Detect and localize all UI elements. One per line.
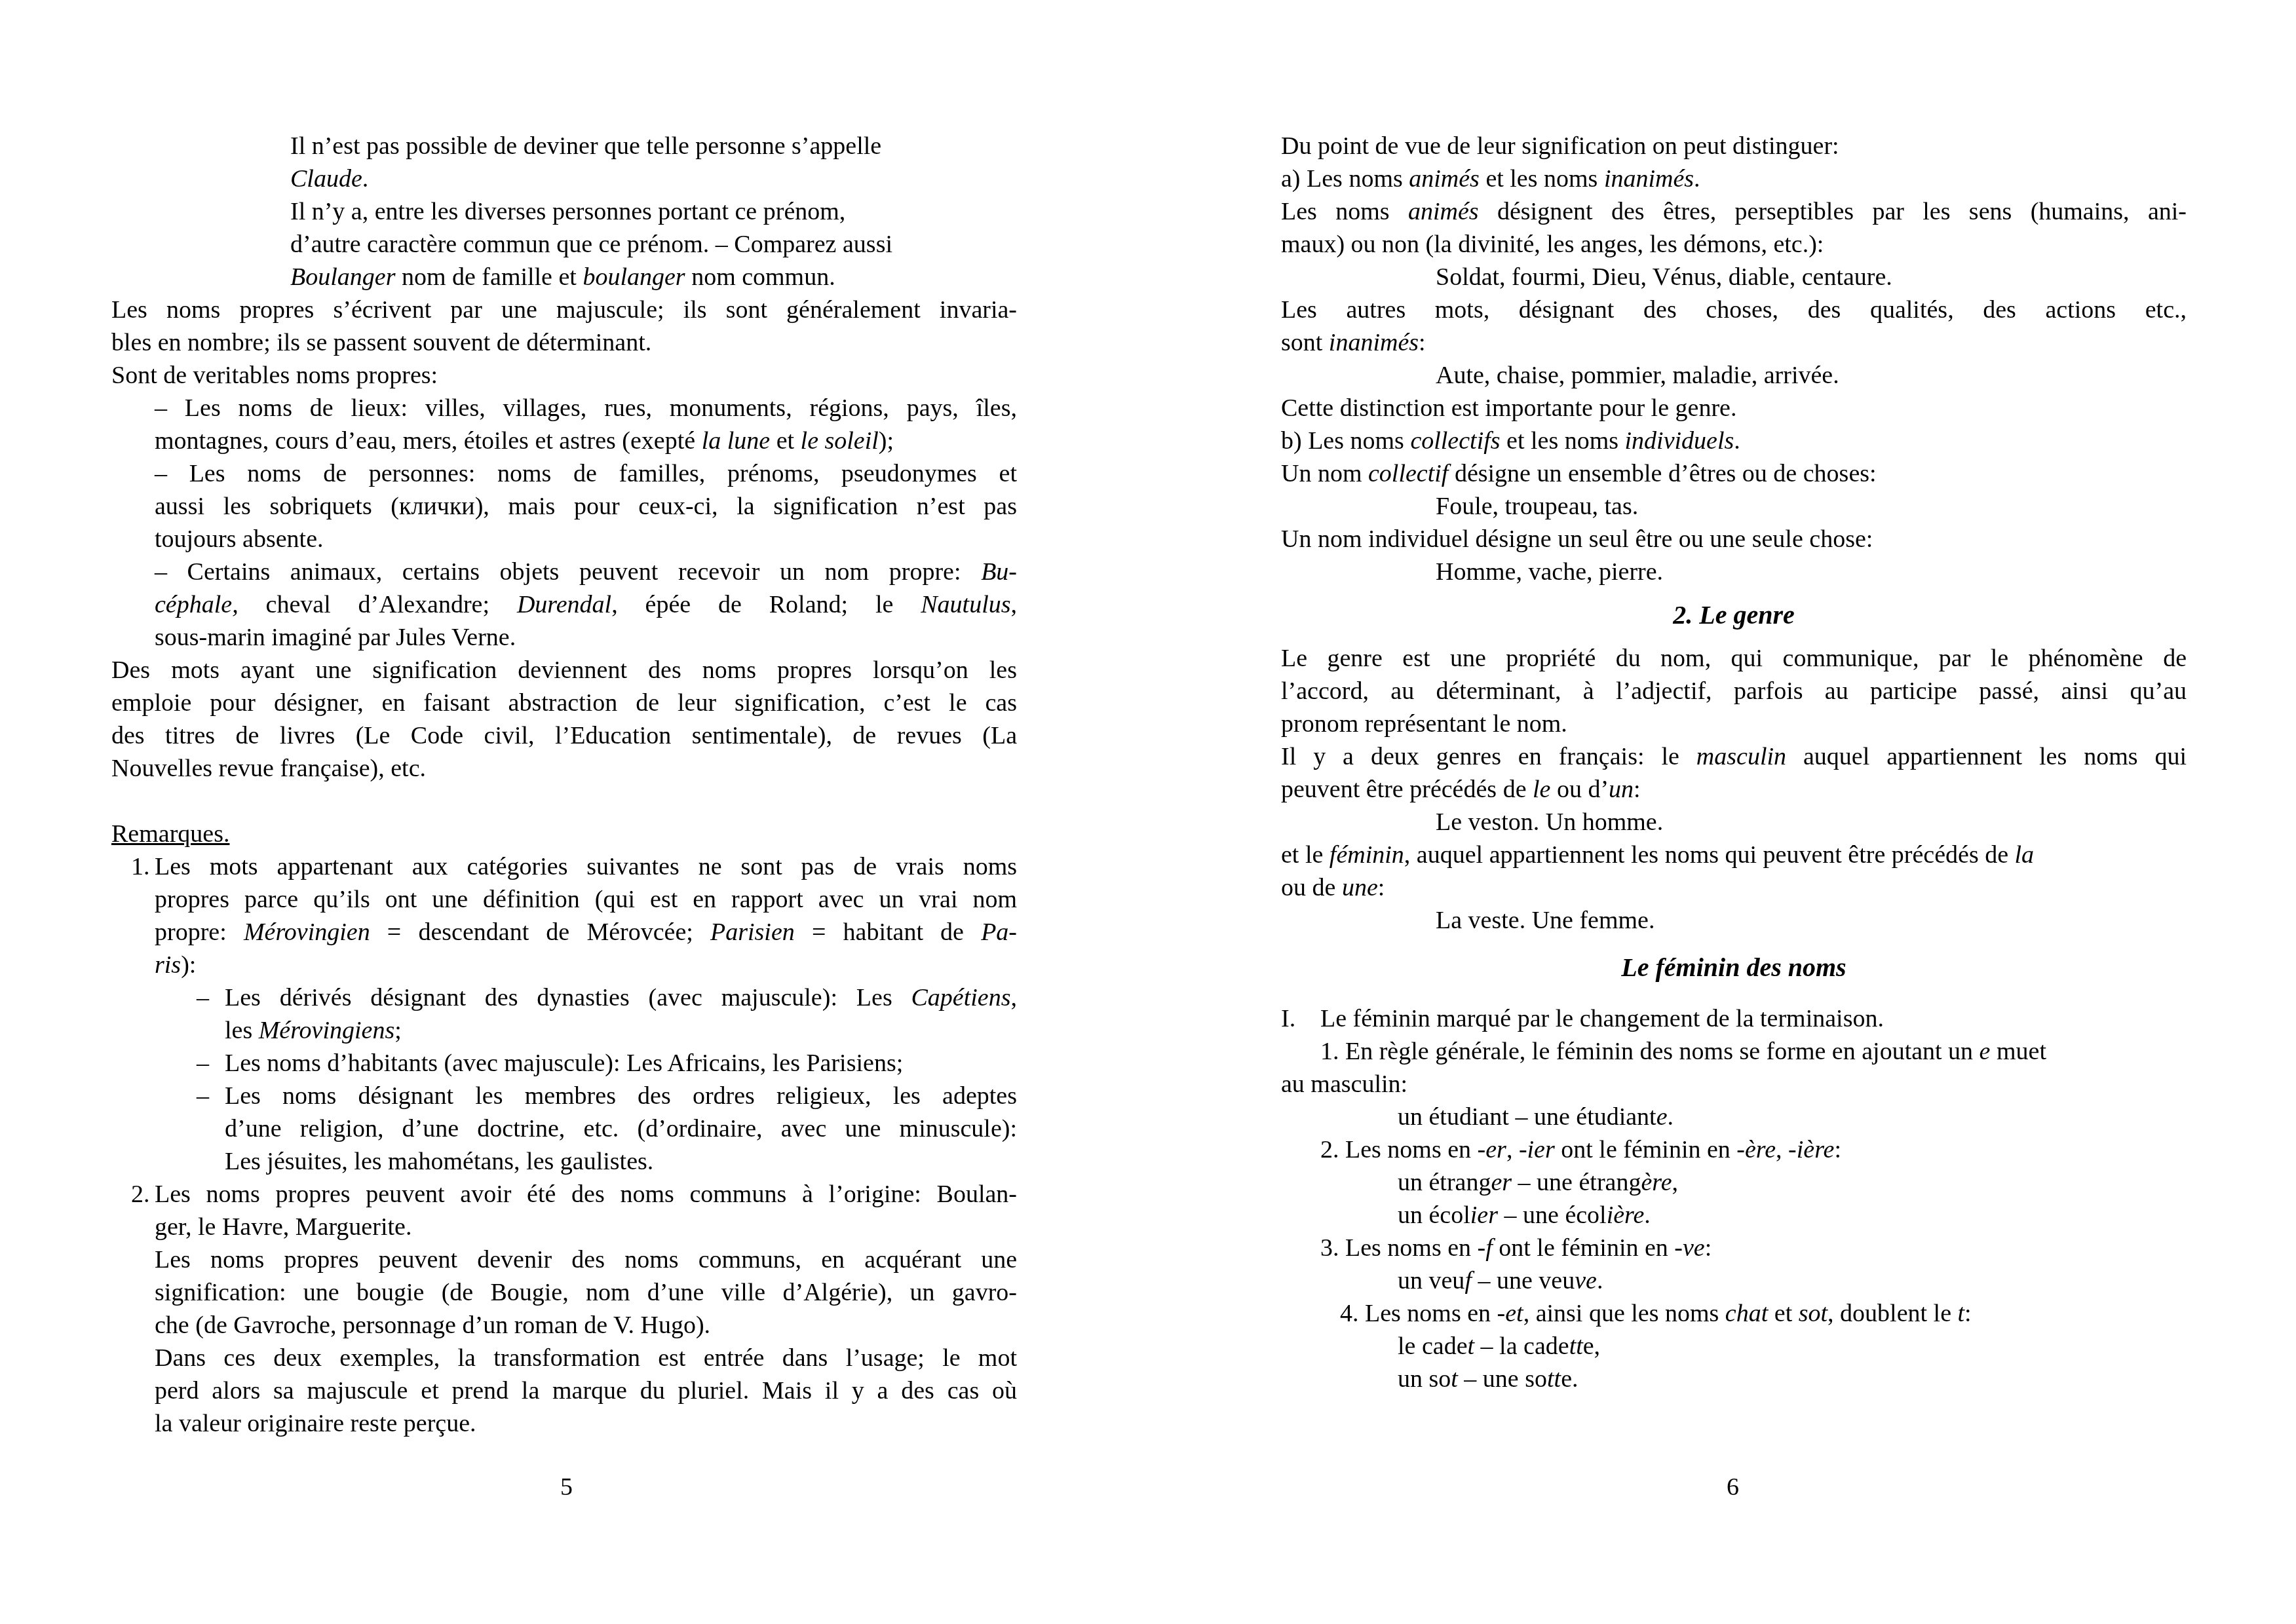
remarque-line: che (de Gavroche, personnage d’un roman …: [111, 1309, 1017, 1342]
sub-item-dynasties: les Mérovingiens;: [111, 1014, 1017, 1047]
paragraph-line: ou de une:: [1281, 871, 2187, 904]
quote-line: Claude.: [111, 162, 1017, 195]
example-line: un étudiant – une étudiante.: [1281, 1101, 2187, 1133]
paragraph-line: Cette distinction est importante pour le…: [1281, 392, 2187, 425]
paragraph-line: l’accord, au déterminant, à l’adjectif, …: [1281, 675, 2187, 708]
remarque-2: 2.Les noms propres peuvent avoir été des…: [111, 1178, 1017, 1211]
list-item-lieux: – Les noms de lieux: villes, villages, r…: [111, 392, 1017, 425]
paragraph-line: Du point de vue de leur signification on…: [1281, 130, 2187, 162]
quote-line: Il n’est pas possible de deviner que tel…: [111, 130, 1017, 162]
rule-2: 2. Les noms en -er, -ier ont le féminin …: [1281, 1133, 2187, 1166]
example-line: Foule, troupeau, tas.: [1281, 490, 2187, 523]
rule-1: au masculin:: [1281, 1068, 2187, 1101]
section-I: I.Le féminin marqué par le changement de…: [1281, 1002, 2187, 1035]
example-line: Soldat, fourmi, Dieu, Vénus, diable, cen…: [1281, 261, 2187, 293]
remarque-line: Les noms propres peuvent devenir des nom…: [111, 1243, 1017, 1276]
list-item-animaux: céphale, cheval d’Alexandre; Durendal, é…: [111, 588, 1017, 621]
remarque-line: signification: une bougie (de Bougie, no…: [111, 1276, 1017, 1309]
list-number: 2.: [131, 1178, 150, 1211]
list-item-personnes: aussi les sobriquets (клички), mais pour…: [111, 490, 1017, 523]
sub-item-religieux: –Les noms désignant les membres des ordr…: [111, 1080, 1017, 1112]
remarques-title: Remarques.: [111, 820, 229, 848]
remarque-line: ger, le Havre, Marguerite.: [111, 1211, 1017, 1243]
paragraph-line: Les noms animés désignent des êtres, per…: [1281, 195, 2187, 228]
paragraph-line: sont inanimés:: [1281, 326, 2187, 359]
example-line: Le veston. Un homme.: [1281, 806, 2187, 839]
remarque-line: Dans ces deux exemples, la transformatio…: [111, 1342, 1017, 1374]
page-number-left: 5: [560, 1471, 573, 1503]
rule-3: 3. Les noms en -f ont le féminin en -ve:: [1281, 1232, 2187, 1264]
example-line: Homme, vache, pierre.: [1281, 556, 2187, 588]
paragraph-line: bles en nombre; ils se passent souvent d…: [111, 326, 1017, 359]
paragraph-line: Un nom collectif désigne un ensemble d’ê…: [1281, 457, 2187, 490]
quote-line: Il n’y a, entre les diverses personnes p…: [111, 195, 1017, 228]
example-line: La veste. Une femme.: [1281, 904, 2187, 937]
paragraph-line: Nouvelles revue française), etc.: [111, 752, 1017, 785]
list-item-personnes: toujours absente.: [111, 523, 1017, 556]
heading-le-genre: 2. Le genre: [1281, 597, 2187, 633]
remarque-line: propres parce qu’ils ont une définition …: [111, 883, 1017, 916]
page-number-right: 6: [1727, 1471, 1739, 1503]
remarque-line: ris):: [111, 949, 1017, 981]
list-item-animaux: – Certains animaux, certains objets peuv…: [111, 556, 1017, 588]
sub-item-religieux: d’une religion, d’une doctrine, etc. (d’…: [111, 1112, 1017, 1145]
example-line: un écolier – une écolière.: [1281, 1199, 2187, 1232]
paragraph-line: Les noms propres s’écrivent par une maju…: [111, 293, 1017, 326]
list-item-lieux: montagnes, cours d’eau, mers, étoiles et…: [111, 425, 1017, 457]
remarque-line: propre: Mérovingien = descendant de Méro…: [111, 916, 1017, 949]
paragraph-line: emploie pour désigner, en faisant abstra…: [111, 687, 1017, 719]
example-line: un sot – une sotte.: [1281, 1363, 2187, 1395]
paragraph-line: Les autres mots, désignant des choses, d…: [1281, 293, 2187, 326]
category-b: b) Les noms collectifs et les noms indiv…: [1281, 425, 2187, 457]
sub-item-dynasties: –Les dérivés désignant des dynasties (av…: [111, 981, 1017, 1014]
paragraph-line: Il y a deux genres en français: le mascu…: [1281, 740, 2187, 773]
quote-line: d’autre caractère commun que ce prénom. …: [111, 228, 1017, 261]
list-item-animaux: sous-marin imaginé par Jules Verne.: [111, 621, 1017, 654]
list-number: 1.: [131, 850, 150, 883]
example-line: un étranger – une étrangère,: [1281, 1166, 2187, 1199]
example-line: Aute, chaise, pommier, maladie, arrivée.: [1281, 359, 2187, 392]
paragraph-line: Un nom individuel désigne un seul être o…: [1281, 523, 2187, 556]
paragraph-line: pronom représentant le nom.: [1281, 708, 2187, 740]
remarque-1: 1.Les mots appartenant aux catégories su…: [111, 850, 1017, 883]
paragraph-line: peuvent être précédés de le ou d’un:: [1281, 773, 2187, 806]
rule-1: 1. En règle générale, le féminin des nom…: [1281, 1035, 2187, 1068]
remarque-line: la valeur originaire reste perçue.: [111, 1407, 1017, 1440]
heading-feminin-des-noms: Le féminin des noms: [1281, 950, 2187, 985]
paragraph-line: et le féminin, auquel appartiennent les …: [1281, 839, 2187, 871]
list-item-personnes: – Les noms de personnes: noms de famille…: [111, 457, 1017, 490]
paragraph-line: Le genre est une propriété du nom, qui c…: [1281, 642, 2187, 675]
remarque-line: perd alors sa majuscule et prend la marq…: [111, 1374, 1017, 1407]
quote-line: Boulanger nom de famille et boulanger no…: [111, 261, 1017, 293]
example-line: le cadet – la cadette,: [1281, 1330, 2187, 1363]
rule-4: 4. Les noms en -et, ainsi que les noms c…: [1281, 1297, 2187, 1330]
paragraph-line: maux) ou non (la divinité, les anges, le…: [1281, 228, 2187, 261]
sub-item-religieux: Les jésuites, les mahométans, les gaulis…: [111, 1145, 1017, 1178]
left-page: Il n’est pas possible de deviner que tel…: [111, 130, 1017, 1440]
example-line: un veuf – une veuve.: [1281, 1264, 2187, 1297]
sub-item-habitants: –Les noms d’habitants (avec majuscule): …: [111, 1047, 1017, 1080]
paragraph-line: des titres de livres (Le Code civil, l’E…: [111, 719, 1017, 752]
paragraph-line: Des mots ayant une signification devienn…: [111, 654, 1017, 687]
paragraph-line: Sont de veritables noms propres:: [111, 359, 1017, 392]
right-page: Du point de vue de leur signification on…: [1281, 130, 2187, 1395]
category-a: a) Les noms animés et les noms inanimés.: [1281, 162, 2187, 195]
